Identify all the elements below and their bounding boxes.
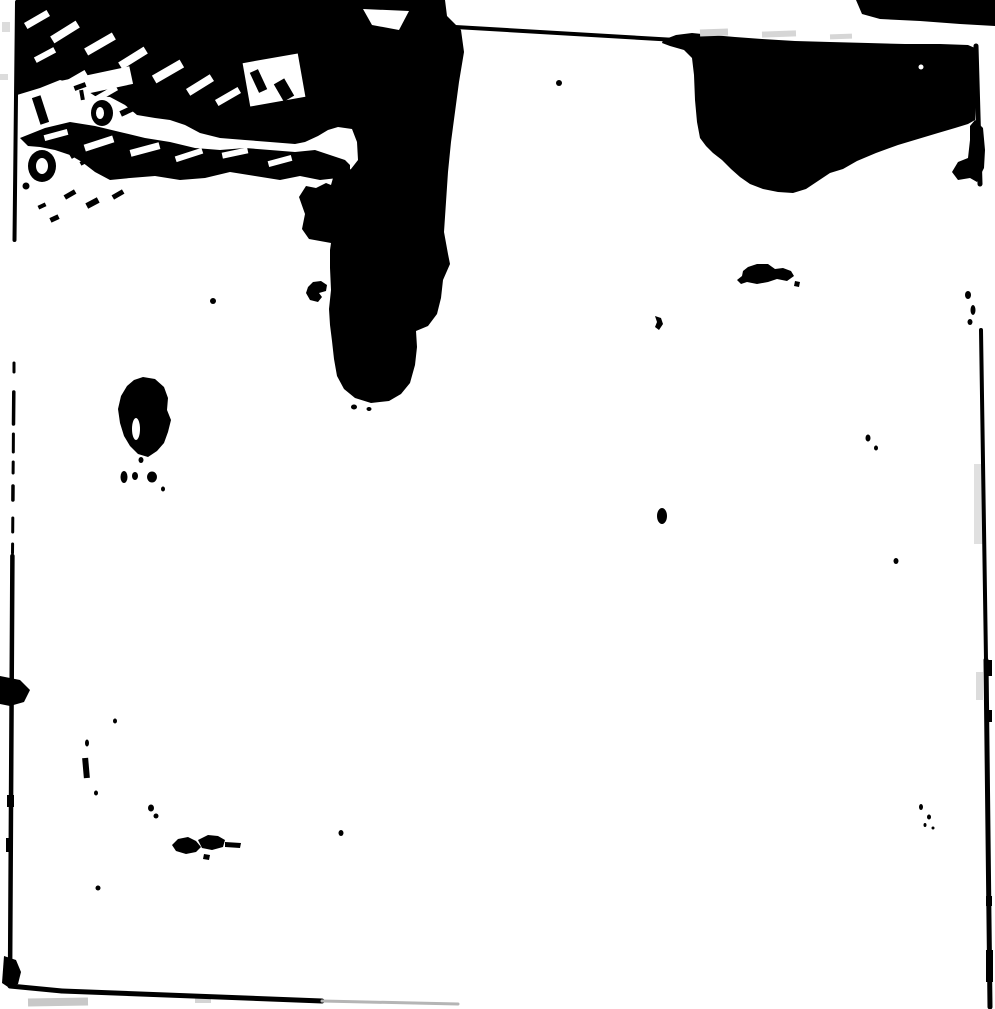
- smudge-gap-dash-3: [830, 34, 852, 40]
- top-right-corner-wedge: [856, 0, 995, 26]
- bottom-border-b: [62, 991, 322, 1001]
- smudge-bottom-left: [28, 997, 88, 1006]
- left-border-lower: [10, 556, 12, 986]
- left-border-nub: [0, 676, 30, 706]
- speck-341-833: [339, 830, 344, 836]
- texture-dash-2: [85, 197, 99, 208]
- texture-dash-1: [64, 189, 77, 199]
- texture-dash-3: [112, 189, 125, 199]
- right-edge-speck-1: [965, 291, 971, 299]
- screenshot-canvas: [0, 0, 995, 1009]
- column-bottom-speck-2: [367, 407, 372, 411]
- snake-dash-2: [119, 105, 134, 116]
- speck-87-743: [85, 740, 89, 747]
- smudge-1: [2, 22, 10, 32]
- speck-115-721: [113, 719, 117, 724]
- right-border-mid: [981, 330, 986, 660]
- top-left-mass-and-column: [16, 0, 464, 403]
- speck-96-793: [94, 791, 98, 796]
- bottom-border-a: [10, 986, 62, 991]
- bottom-border-faint: [322, 1001, 458, 1004]
- blob-tail-speck-3: [147, 472, 157, 483]
- figure8-hole: [96, 107, 104, 119]
- speck-151-808: [148, 805, 154, 812]
- mass-white-dot: [919, 65, 924, 70]
- texture-dash-4: [49, 214, 59, 222]
- ring-hole: [36, 158, 48, 174]
- blob-white-slit: [132, 418, 140, 440]
- top-right-mass: [662, 33, 977, 193]
- br-cluster-speck-2: [927, 815, 931, 820]
- ring-side-dot: [23, 183, 30, 190]
- speck-868-438: [866, 435, 871, 442]
- blob-tail-speck-5: [139, 457, 144, 463]
- photo-svg: [0, 0, 995, 1009]
- vertical-dash: [82, 758, 90, 778]
- speck-876-448: [874, 446, 878, 451]
- top-border-line: [438, 26, 676, 40]
- speck-213-301: [210, 298, 216, 304]
- smudge-right-mid: [976, 672, 983, 700]
- speck-662-516: [657, 508, 667, 524]
- smudge-2: [0, 74, 8, 80]
- blob-tail-speck-4: [161, 487, 165, 492]
- speck-156-816: [154, 814, 159, 819]
- smudge-gap-dash-2: [762, 30, 796, 37]
- left-border-upper: [15, 2, 18, 240]
- blob-tail-speck-2: [132, 472, 138, 480]
- right-edge-speck-3: [968, 319, 973, 325]
- mid-left-blob: [118, 377, 171, 457]
- dash-blob: [737, 264, 800, 287]
- snake-dash-1: [32, 95, 49, 124]
- right-edge-speck-2: [971, 305, 976, 315]
- smudge-gap-dash-1: [700, 29, 728, 37]
- br-cluster-speck-4: [932, 827, 935, 830]
- hook-speck: [655, 316, 663, 330]
- texture-dash-5: [38, 202, 47, 209]
- column-bottom-speck-1: [351, 405, 357, 410]
- br-cluster-speck-3: [924, 823, 927, 827]
- bottom-speck-cluster: [172, 835, 241, 860]
- blob-tail-speck-1: [121, 471, 128, 483]
- speck-98-888: [96, 886, 101, 891]
- br-cluster-speck-1: [919, 804, 923, 810]
- speck-896-561: [894, 558, 899, 564]
- speck-559-83: [556, 80, 562, 86]
- detached-curl-blob: [306, 281, 327, 302]
